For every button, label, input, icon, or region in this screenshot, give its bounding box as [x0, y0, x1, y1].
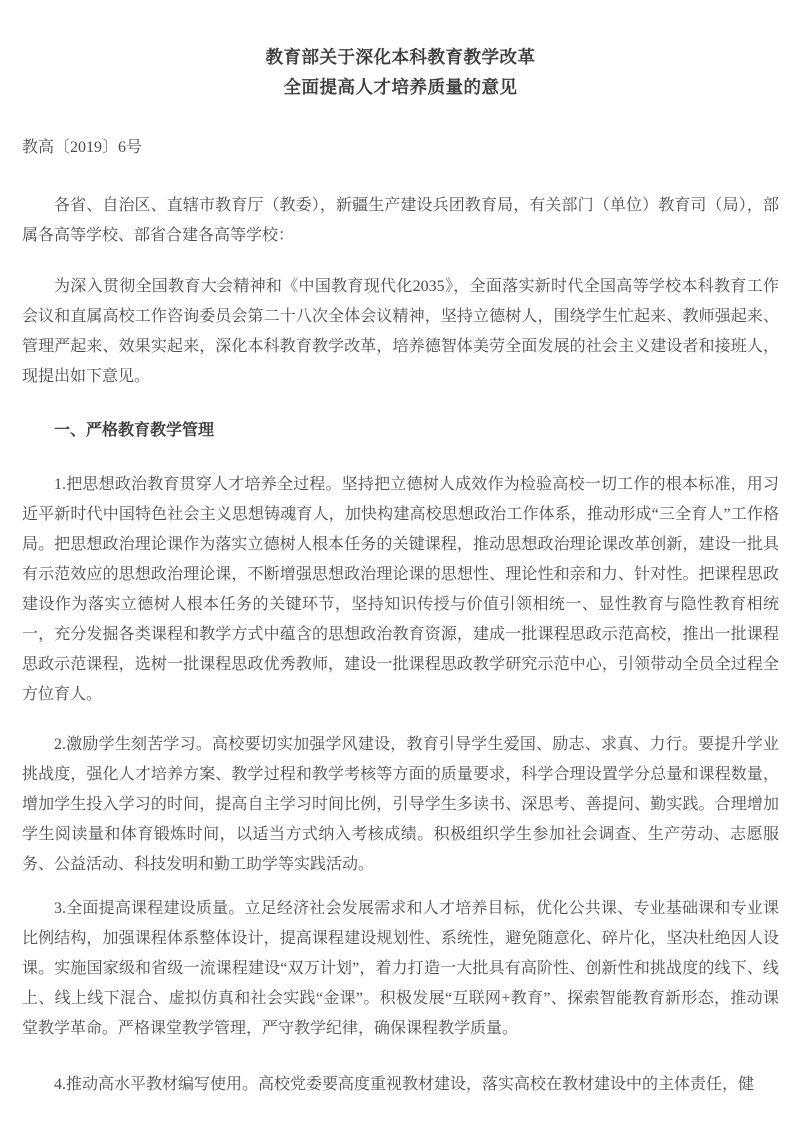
document-title-line-1: 教育部关于深化本科教育教学改革 — [266, 47, 536, 67]
document-title-line-2: 全面提高人才培养质量的意见 — [284, 77, 518, 97]
intro-paragraph: 为深入贯彻全国教育大会精神和《中国教育现代化2035》，全面落实新时代全国高等学… — [22, 272, 779, 392]
document-number: 教高〔2019〕6号 — [22, 133, 779, 163]
paragraph-1: 1.把思想政治教育贯穿人才培养全过程。坚持把立德树人成效作为检验高校一切工作的根… — [22, 470, 779, 710]
document-title: 教育部关于深化本科教育教学改革 全面提高人才培养质量的意见 — [22, 42, 779, 102]
section-heading-1: 一、严格教育教学管理 — [22, 416, 779, 446]
paragraph-3: 3.全面提高课程建设质量。立足经济社会发展需求和人才培养目标，优化公共课、专业基… — [22, 894, 779, 1044]
document-page: 教育部关于深化本科教育教学改革 全面提高人才培养质量的意见 教高〔2019〕6号… — [0, 0, 793, 1122]
salutation-paragraph: 各省、自治区、直辖市教育厅（教委），新疆生产建设兵团教育局，有关部门（单位）教育… — [22, 191, 779, 251]
paragraph-2: 2.激励学生刻苦学习。高校要切实加强学风建设，教育引导学生爱国、励志、求真、力行… — [22, 730, 779, 880]
paragraph-4: 4.推动高水平教材编写使用。高校党委要高度重视教材建设，落实高校在教材建设中的主… — [22, 1070, 779, 1100]
